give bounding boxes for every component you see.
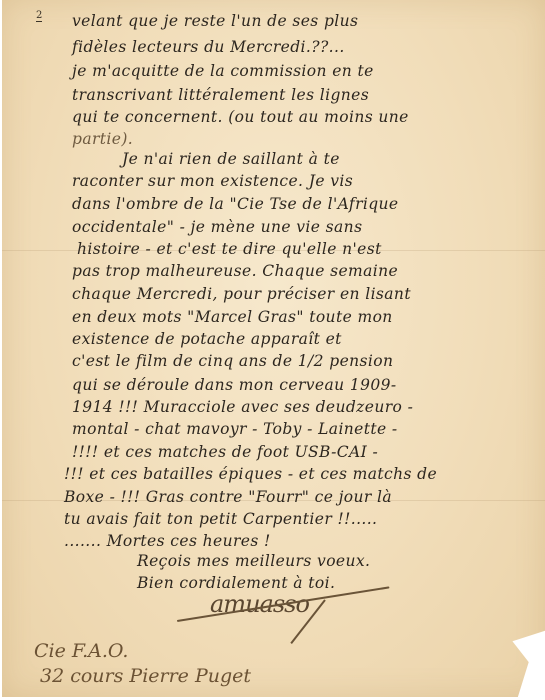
letter-line: velant que je reste l'un de ses plus xyxy=(72,12,358,30)
letter-line: fidèles lecteurs du Mercredi.??... xyxy=(72,38,345,56)
letter-line: Boxe - !!! Gras contre "Fourr" ce jour l… xyxy=(64,488,392,506)
letter-line: tu avais fait ton petit Carpentier !!...… xyxy=(64,510,377,528)
letter-line: dans l'ombre de la "Cie Tse de l'Afrique xyxy=(72,195,399,213)
letter-line: 1914 !!! Muracciole avec ses deudzeuro - xyxy=(72,398,413,416)
letter-line: montal - chat mavoyr - Toby - Lainette - xyxy=(72,420,398,438)
closing-line: Reçois mes meilleurs voeux. xyxy=(137,552,370,570)
letter-line: raconter sur mon existence. Je vis xyxy=(72,172,353,190)
address-line-1: Cie F.A.O. xyxy=(34,640,128,662)
letter-line: en deux mots "Marcel Gras" toute mon xyxy=(72,308,393,326)
letter-paper: 2 velant que je reste l'un de ses plus f… xyxy=(2,0,545,697)
letter-line: partie). xyxy=(72,130,133,148)
address-line-2: 32 cours Pierre Puget xyxy=(40,665,251,687)
letter-line: chaque Mercredi, pour préciser en lisant xyxy=(72,285,411,303)
letter-line: occidentale" - je mène une vie sans xyxy=(72,218,362,236)
letter-line: qui se déroule dans mon cerveau 1909- xyxy=(72,376,397,394)
letter-line: je m'acquitte de la commission en te xyxy=(72,62,374,80)
letter-line: histoire - et c'est te dire qu'elle n'es… xyxy=(77,240,382,258)
letter-line: c'est le film de cinq ans de 1/2 pension xyxy=(72,352,393,370)
letter-line: pas trop malheureuse. Chaque semaine xyxy=(72,262,398,280)
letter-line: existence de potache apparaît et xyxy=(72,330,342,348)
letter-line: !!!! et ces matches de foot USB-CAI - xyxy=(72,443,378,461)
letter-line: Je n'ai rien de saillant à te xyxy=(122,150,340,168)
page-number: 2 xyxy=(36,10,42,22)
letter-line: transcrivant littéralement les lignes xyxy=(72,86,369,104)
letter-line: !!! et ces batailles épiques - et ces ma… xyxy=(64,465,437,483)
letter-line: ....... Mortes ces heures ! xyxy=(64,532,271,550)
letter-line: qui te concernent. (ou tout au moins une xyxy=(72,108,409,126)
